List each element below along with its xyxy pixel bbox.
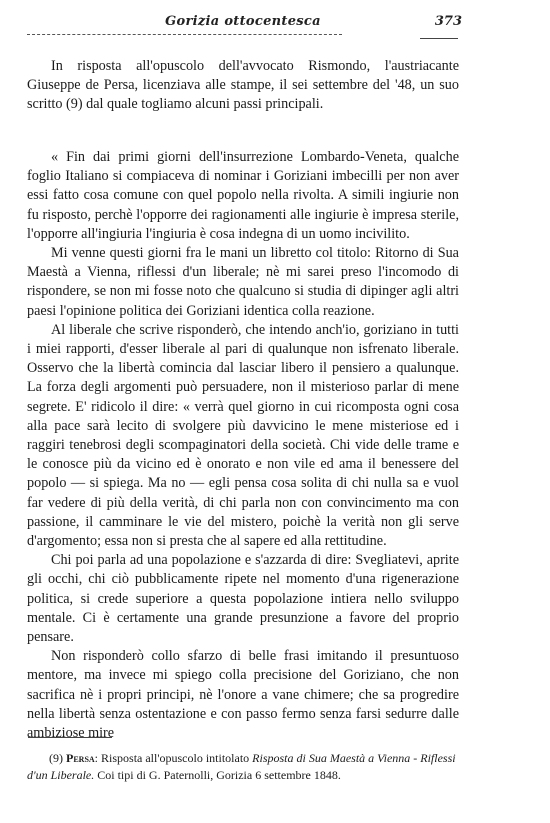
running-head: Gorizia ottocentesca (27, 14, 459, 36)
quote-paragraph-5: Non risponderò collo sfarzo di belle fra… (27, 647, 459, 743)
book-page: Gorizia ottocentesca 373 In risposta all… (0, 0, 550, 823)
footnote-author: Persa (66, 751, 95, 765)
footnote-separator: : (95, 751, 98, 765)
footnote-marker: (9) (49, 751, 63, 765)
quote-paragraph-1: « Fin dai primi giorni dell'insurrezione… (27, 148, 459, 244)
footnote-rule (28, 737, 112, 738)
running-title: Gorizia ottocentesca (27, 14, 459, 29)
intro-paragraph: In risposta all'opuscolo dell'avvocato R… (27, 57, 459, 115)
footnote-text: Risposta all'opuscolo intitolato (101, 751, 249, 765)
page-number: 373 (432, 14, 462, 29)
intro-section: In risposta all'opuscolo dell'avvocato R… (27, 57, 459, 115)
footnote-imprint: Coi tipi di G. Paternolli, Gorizia 6 set… (97, 768, 341, 782)
quote-paragraph-3: Al liberale che scrive risponderò, che i… (27, 321, 459, 551)
footnote: (9) Persa: Risposta all'opuscolo intitol… (27, 750, 467, 784)
quoted-text: « Fin dai primi giorni dell'insurrezione… (27, 148, 459, 743)
page-number-rule (420, 38, 458, 39)
quote-paragraph-4: Chi poi parla ad una popolazione e s'azz… (27, 551, 459, 647)
quote-paragraph-2: Mi venne questi giorni fra le mani un li… (27, 244, 459, 321)
header-rule (27, 34, 342, 35)
